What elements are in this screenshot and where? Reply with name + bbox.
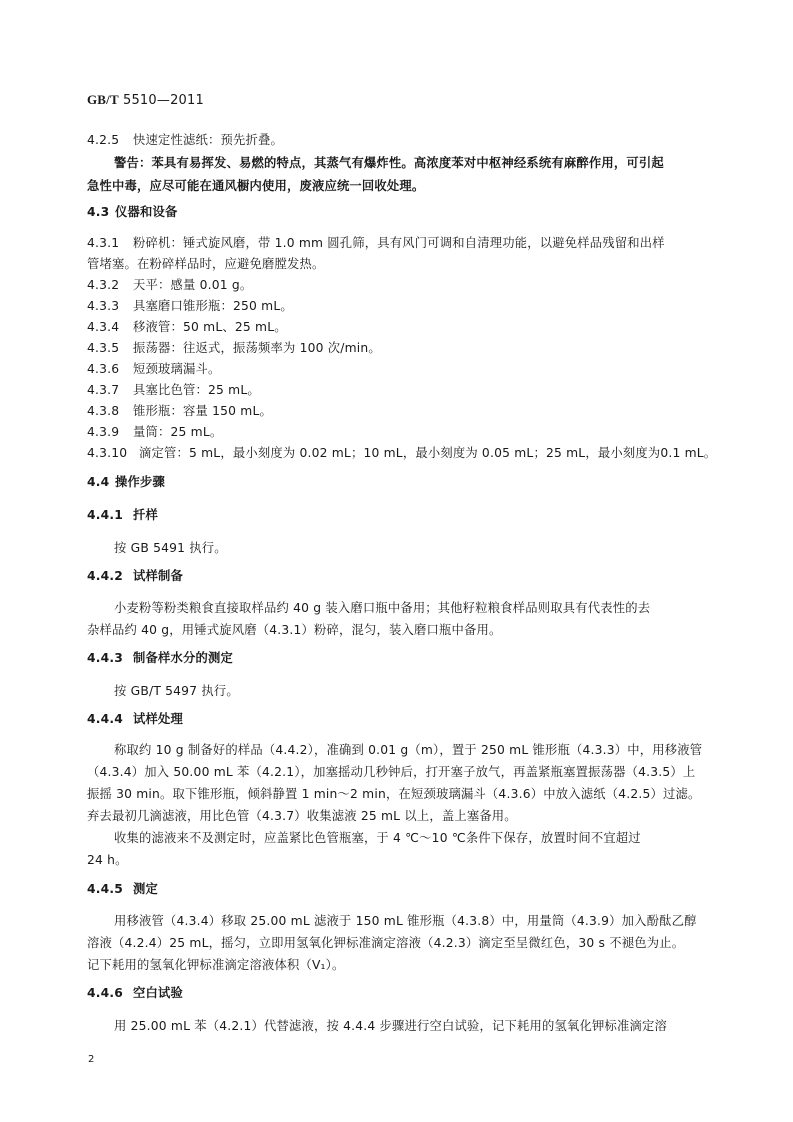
clause-text: 量筒：25 mL。 [133, 425, 222, 439]
clause-title: 测定 [133, 882, 158, 896]
clause-title: 试样处理 [133, 712, 183, 726]
standard-code: GB/T [87, 92, 119, 107]
clause-4-4-5-line-2: 溶液（4.2.4）25 mL，摇匀，立即用氢氧化钾标准滴定溶液（4.2.3）滴定… [87, 935, 684, 951]
section-title: 仪器和设备 [115, 205, 178, 219]
clause-title: 制备样水分的测定 [133, 651, 233, 665]
section-4-4-heading: 4.4操作步骤 [87, 474, 165, 490]
clause-4-4-4-p2-line-1: 收集的滤液来不及测定时，应盖紧比色管瓶塞，于 4 ℃～10 ℃条件下保存，放置时… [114, 830, 641, 846]
section-number: 4.3 [87, 204, 115, 220]
clause-number: 4.4.6 [87, 985, 133, 1001]
clause-text: 具塞磨口锥形瓶：250 mL。 [133, 299, 293, 313]
clause-4-4-3-body: 按 GB/T 5497 执行。 [114, 683, 239, 699]
clause-text: 具塞比色管：25 mL。 [133, 383, 260, 397]
clause-text: 移液管：50 mL、25 mL。 [133, 320, 287, 334]
clause-text: 振荡器：往返式，振荡频率为 100 次/min。 [133, 341, 381, 355]
clause-number: 4.3.7 [87, 382, 133, 398]
clause-4-4-5-line-3: 记下耗用的氢氧化钾标准滴定溶液体积（V₁）。 [87, 957, 345, 973]
clause-number: 4.3.10 [87, 445, 139, 461]
clause-4-3-5: 4.3.5振荡器：往返式，振荡频率为 100 次/min。 [87, 340, 381, 356]
clause-4-2-5: 4.2.5快速定性滤纸：预先折叠。 [87, 132, 283, 148]
clause-number: 4.4.2 [87, 568, 133, 584]
clause-4-4-6-line-1: 用 25.00 mL 苯（4.2.1）代替滤液，按 4.4.4 步骤进行空白试验… [114, 1018, 667, 1034]
clause-number: 4.3.6 [87, 361, 133, 377]
clause-4-4-4-p1-line-3: 振摇 30 min。取下锥形瓶，倾斜静置 1 min～2 min，在短颈玻璃漏斗… [87, 786, 700, 802]
clause-number: 4.3.9 [87, 424, 133, 440]
clause-4-3-4: 4.3.4移液管：50 mL、25 mL。 [87, 319, 287, 335]
clause-title: 空白试验 [133, 986, 183, 1000]
clause-4-3-1: 4.3.1粉碎机：锤式旋风磨，带 1.0 mm 圆孔筛，具有风门可调和自清理功能… [87, 235, 665, 251]
clause-4-4-5-line-1: 用移液管（4.3.4）移取 25.00 mL 滤液于 150 mL 锥形瓶（4.… [114, 913, 697, 929]
clause-4-4-4-heading: 4.4.4试样处理 [87, 711, 183, 727]
clause-number: 4.3.3 [87, 298, 133, 314]
clause-number: 4.3.5 [87, 340, 133, 356]
clause-4-4-4-p1-line-2: （4.3.4）加入 50.00 mL 苯（4.2.1），加塞摇动几秒钟后，打开塞… [87, 764, 695, 780]
clause-4-3-7: 4.3.7具塞比色管：25 mL。 [87, 382, 260, 398]
clause-4-3-3: 4.3.3具塞磨口锥形瓶：250 mL。 [87, 298, 293, 314]
clause-4-3-6: 4.3.6短颈玻璃漏斗。 [87, 361, 220, 377]
clause-text: 快速定性滤纸：预先折叠。 [133, 133, 283, 147]
clause-4-4-1-body: 按 GB 5491 执行。 [114, 540, 227, 556]
clause-4-3-2: 4.3.2天平：感量 0.01 g。 [87, 277, 252, 293]
clause-text: 滴定管：5 mL，最小刻度为 0.02 mL；10 mL，最小刻度为 0.05 … [139, 446, 716, 460]
running-header: GB/T 5510—2011 [87, 92, 204, 109]
clause-4-4-3-heading: 4.4.3制备样水分的测定 [87, 650, 233, 666]
clause-number: 4.3.1 [87, 235, 133, 251]
clause-4-4-2-line-2: 杂样品约 40 g，用锤式旋风磨（4.3.1）粉碎，混匀，装入磨口瓶中备用。 [87, 622, 501, 638]
page-number: 2 [88, 1054, 94, 1065]
clause-4-4-4-p2-line-2: 24 h。 [87, 852, 128, 868]
clause-text: 粉碎机：锤式旋风磨，带 1.0 mm 圆孔筛，具有风门可调和自清理功能，以避免样… [133, 236, 665, 250]
section-4-3-heading: 4.3仪器和设备 [87, 204, 178, 220]
clause-4-3-9: 4.3.9量筒：25 mL。 [87, 424, 222, 440]
clause-number: 4.4.5 [87, 881, 133, 897]
clause-number: 4.3.8 [87, 403, 133, 419]
standard-number: 5510—2011 [123, 93, 204, 108]
clause-4-4-5-heading: 4.4.5测定 [87, 881, 158, 897]
clause-4-3-1-cont: 管堵塞。在粉碎样品时，应避免磨膛发热。 [87, 256, 324, 272]
clause-4-4-1-heading: 4.4.1扦样 [87, 507, 158, 523]
clause-4-3-10: 4.3.10滴定管：5 mL，最小刻度为 0.02 mL；10 mL，最小刻度为… [87, 445, 716, 461]
warning-line-1: 警告：苯具有易挥发、易燃的特点，其蒸气有爆炸性。高浓度苯对中枢神经系统有麻醉作用… [114, 155, 664, 171]
section-title: 操作步骤 [115, 475, 165, 489]
clause-number: 4.2.5 [87, 132, 133, 148]
clause-number: 4.4.3 [87, 650, 133, 666]
clause-4-4-2-heading: 4.4.2试样制备 [87, 568, 183, 584]
clause-4-3-8: 4.3.8锥形瓶：容量 150 mL。 [87, 403, 272, 419]
document-page: GB/T 5510—2011 4.2.5快速定性滤纸：预先折叠。 警告：苯具有易… [0, 0, 793, 1122]
clause-number: 4.3.2 [87, 277, 133, 293]
clause-number: 4.3.4 [87, 319, 133, 335]
section-number: 4.4 [87, 474, 115, 490]
clause-text: 锥形瓶：容量 150 mL。 [133, 404, 272, 418]
clause-number: 4.4.1 [87, 507, 133, 523]
clause-title: 试样制备 [133, 569, 183, 583]
clause-4-4-4-p1-line-4: 弃去最初几滴滤液，用比色管（4.3.7）收集滤液 25 mL 以上，盖上塞备用。 [87, 808, 517, 824]
clause-4-4-2-line-1: 小麦粉等粉类粮食直接取样品约 40 g 装入磨口瓶中备用；其他籽粒粮食样品则取具… [114, 600, 650, 616]
clause-text: 天平：感量 0.01 g。 [133, 278, 252, 292]
clause-4-4-4-p1-line-1: 称取约 10 g 制备好的样品（4.4.2），准确到 0.01 g（m），置于 … [114, 742, 702, 758]
clause-text: 短颈玻璃漏斗。 [133, 362, 220, 376]
clause-number: 4.4.4 [87, 711, 133, 727]
clause-4-4-6-heading: 4.4.6空白试验 [87, 985, 183, 1001]
clause-title: 扦样 [133, 508, 158, 522]
warning-line-2: 急性中毒，应尽可能在通风橱内使用，废液应统一回收处理。 [87, 178, 424, 194]
